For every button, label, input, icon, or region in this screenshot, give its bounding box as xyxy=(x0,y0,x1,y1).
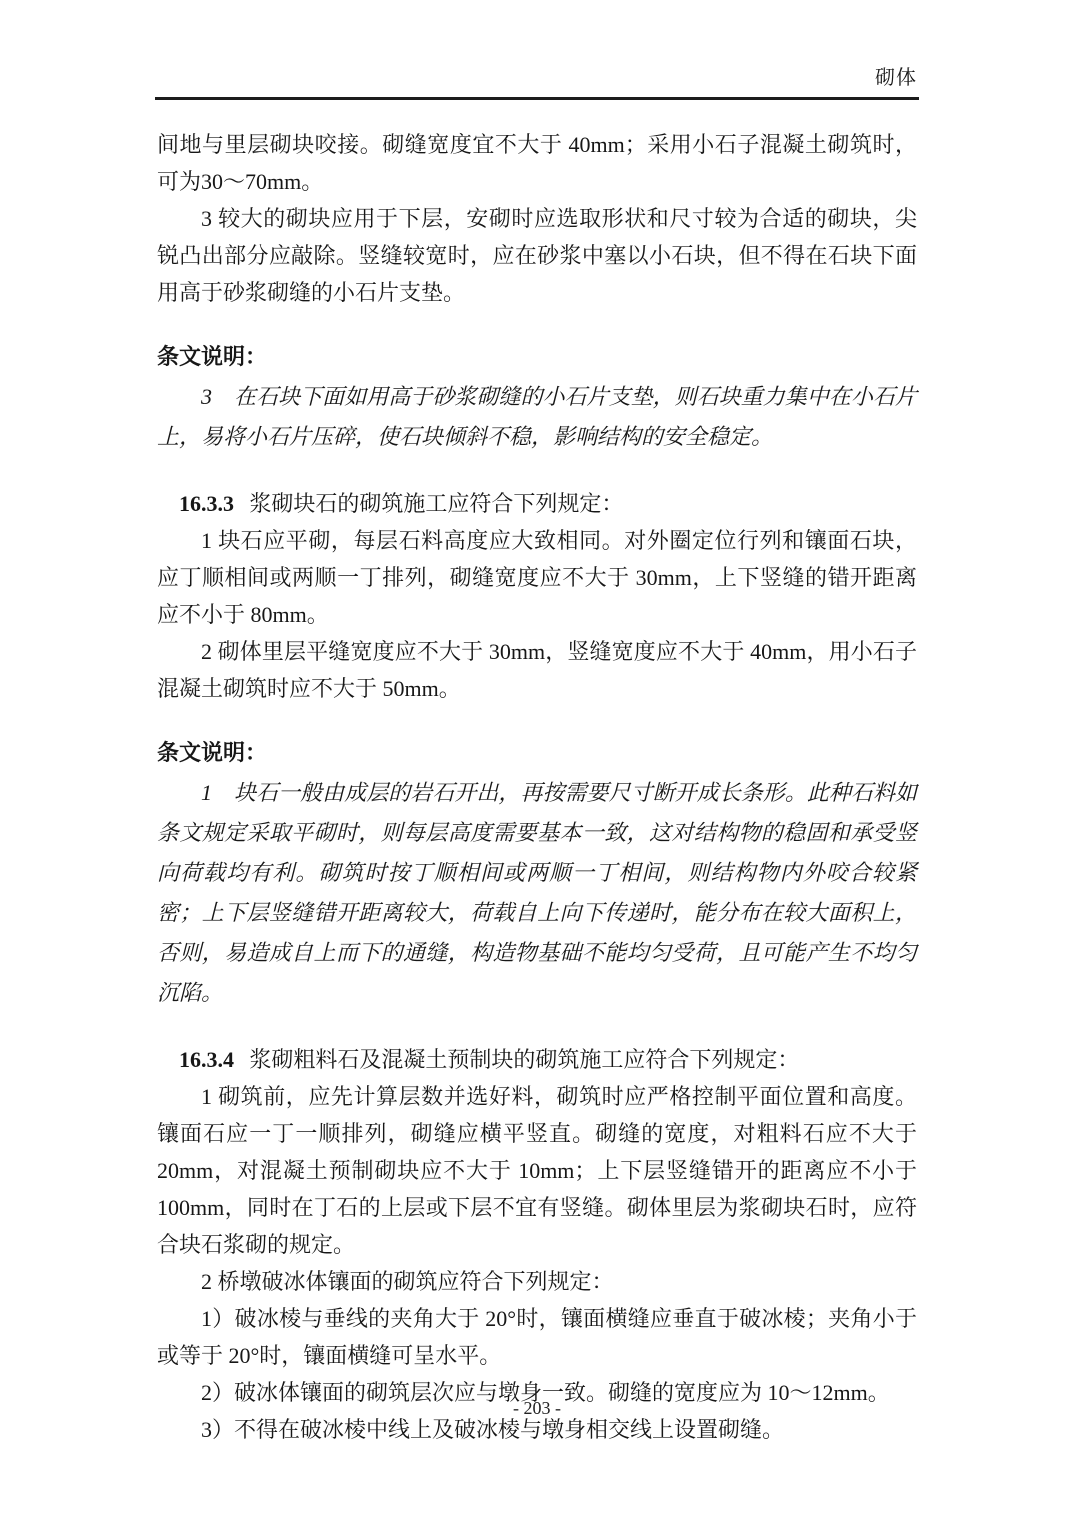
note-label: 条文说明： xyxy=(157,733,917,773)
paragraph-item-1: 1 块石应平砌，每层石料高度应大致相同。对外圈定位行列和镶面石块，应丁顺相间或两… xyxy=(157,522,917,633)
note-paragraph: 3 在石块下面如用高于砂浆砌缝的小石片支垫，则石块重力集中在小石片上，易将小石片… xyxy=(157,377,917,457)
clause-title: 浆砌粗料石及混凝土预制块的砌筑施工应符合下列规定： xyxy=(249,1047,799,1072)
paragraph-item-3: 3 较大的砌块应用于下层，安砌时应选取形状和尺寸较为合适的砌块，尖锐凸出部分应敲… xyxy=(157,200,917,311)
clause-number: 16.3.3 xyxy=(179,491,234,516)
page-header: 砌体 xyxy=(0,0,1074,90)
header-rule xyxy=(155,97,919,100)
paragraph-item-2: 2 桥墩破冰体镶面的砌筑应符合下列规定： xyxy=(157,1263,917,1300)
clause-heading-16-3-3: 16.3.3浆砌块石的砌筑施工应符合下列规定： xyxy=(157,485,917,522)
clause-heading-16-3-4: 16.3.4浆砌粗料石及混凝土预制块的砌筑施工应符合下列规定： xyxy=(157,1041,917,1078)
note-paragraph: 1 块石一般由成层的岩石开出，再按需要尺寸断开成长条形。此种石料如条文规定采取平… xyxy=(157,773,917,1013)
page-footer: - 203 - xyxy=(0,1398,1074,1419)
note-label: 条文说明： xyxy=(157,337,917,377)
page-number: - 203 - xyxy=(513,1398,561,1418)
document-content: 间地与里层砌块咬接。砌缝宽度宜不大于 40mm；采用小石子混凝土砌筑时，可为30… xyxy=(157,126,917,1448)
paragraph-subitem-1: 1）破冰棱与垂线的夹角大于 20°时，镶面横缝应垂直于破冰棱；夹角小于或等于 2… xyxy=(157,1300,917,1374)
document-page: 砌体 间地与里层砌块咬接。砌缝宽度宜不大于 40mm；采用小石子混凝土砌筑时，可… xyxy=(0,0,1074,1520)
clause-number: 16.3.4 xyxy=(179,1047,234,1072)
header-title: 砌体 xyxy=(875,67,917,89)
clause-title: 浆砌块石的砌筑施工应符合下列规定： xyxy=(249,491,623,516)
paragraph-continuation: 间地与里层砌块咬接。砌缝宽度宜不大于 40mm；采用小石子混凝土砌筑时，可为30… xyxy=(157,126,917,200)
paragraph-item-2: 2 砌体里层平缝宽度应不大于 30mm，竖缝宽度应不大于 40mm，用小石子混凝… xyxy=(157,633,917,707)
paragraph-item-1: 1 砌筑前，应先计算层数并选好料，砌筑时应严格控制平面位置和高度。镶面石应一丁一… xyxy=(157,1078,917,1263)
